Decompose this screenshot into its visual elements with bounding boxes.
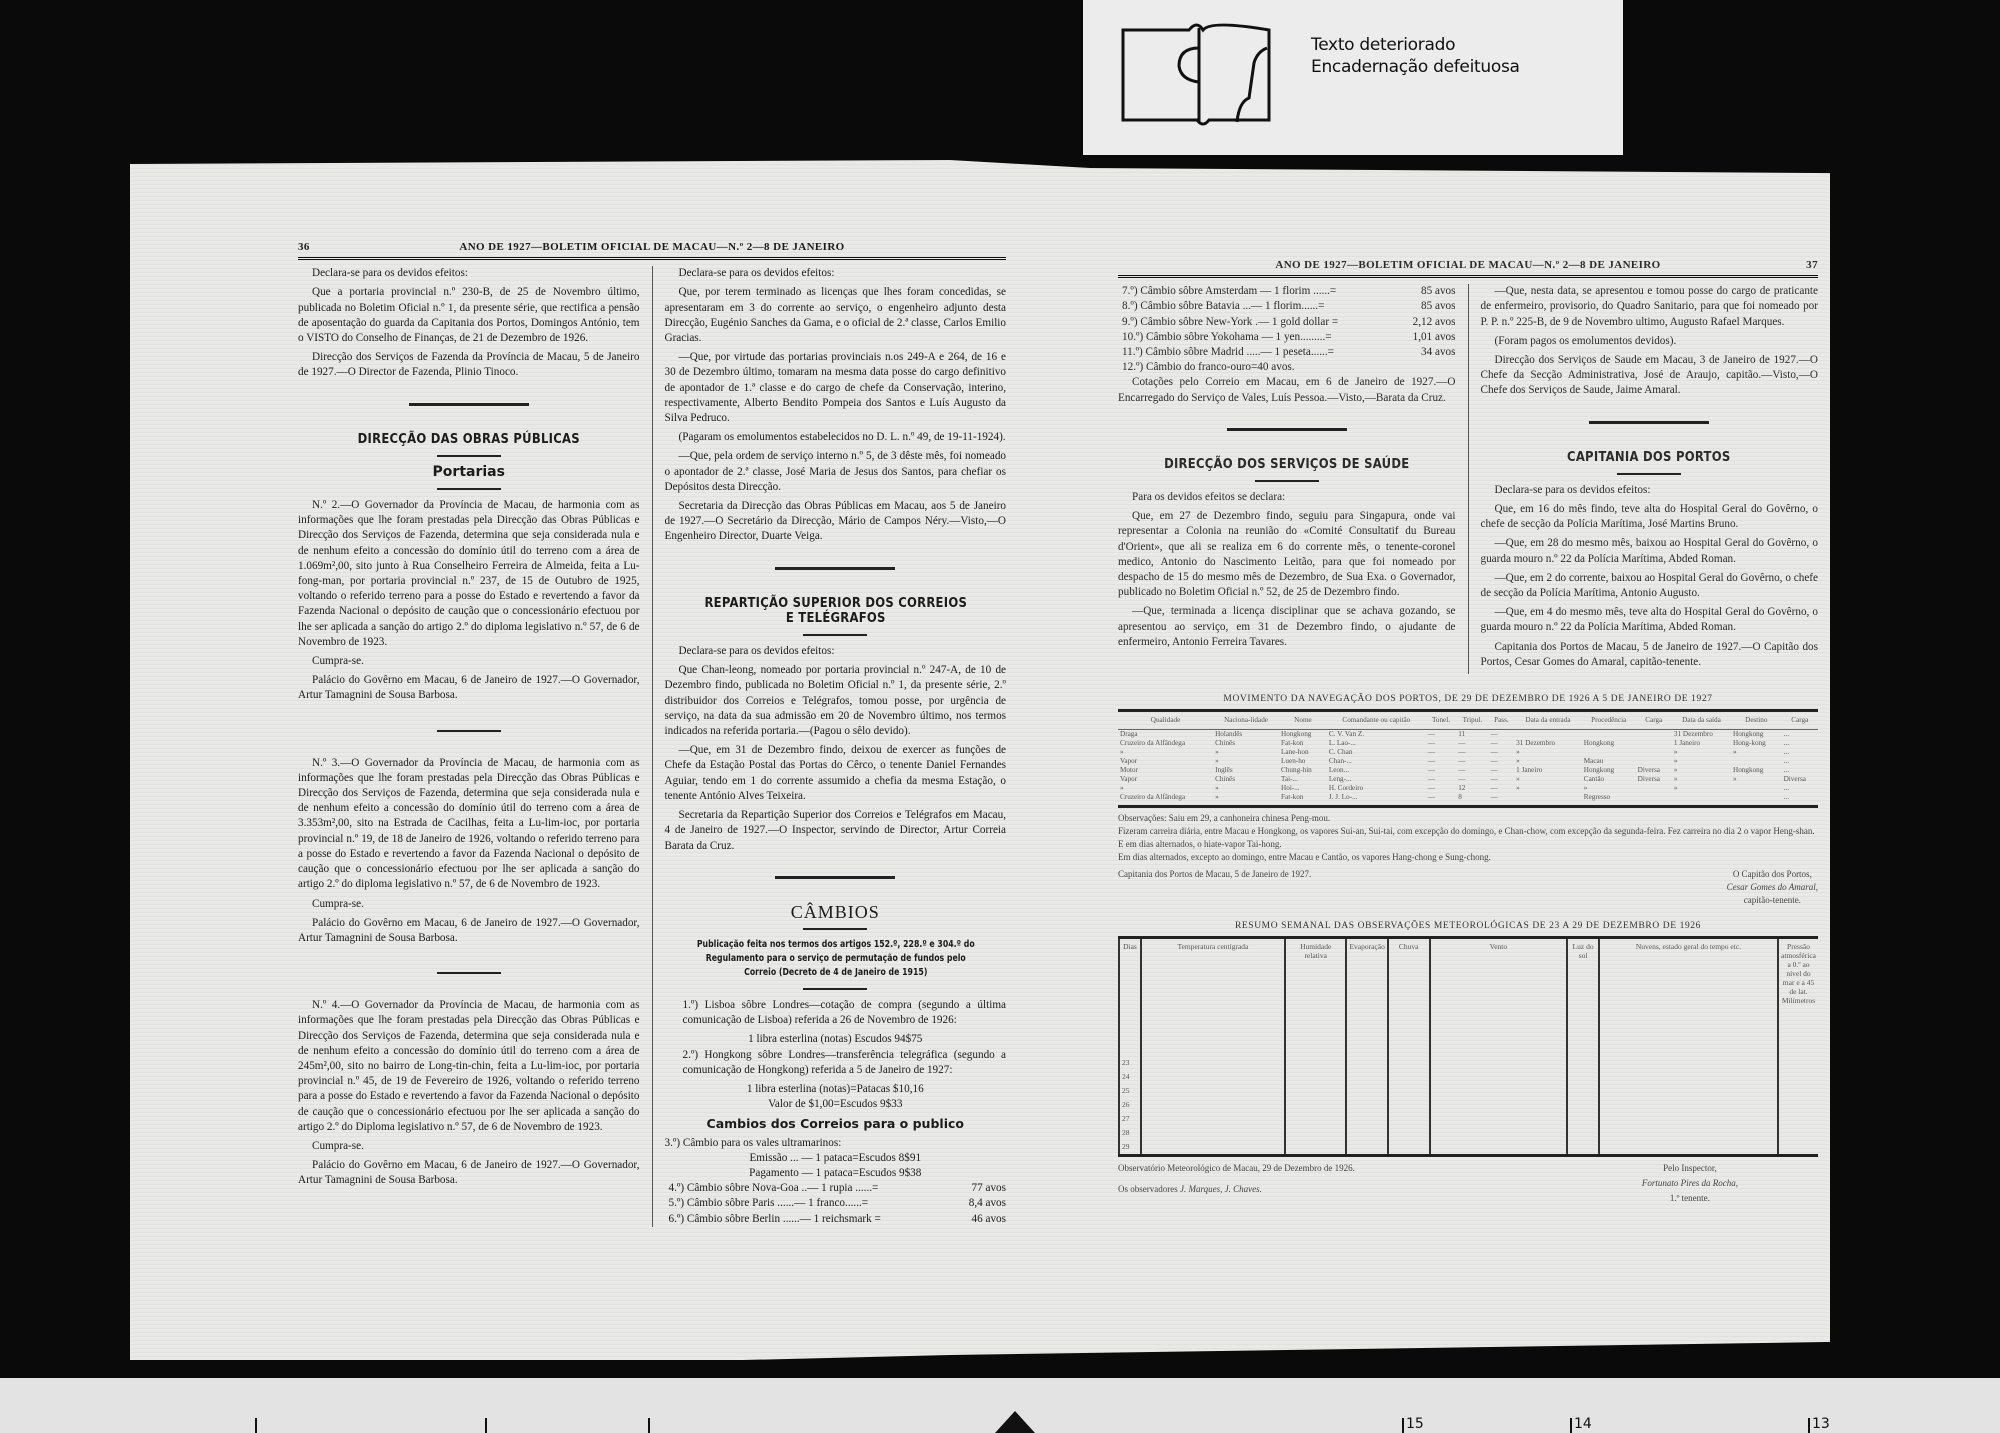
left-column-1: Declara-se para os devidos efeitos: Que … [298,266,640,1227]
fazenda-paragraph: Que a portaria provincial n.º 230-B, de … [298,285,640,346]
navigation-observations: Observações: Saiu em 29, a canhoneira ch… [1118,812,1818,907]
section-title-obras: DIRECÇÃO DAS OBRAS PÚBLICAS [322,432,616,447]
cumpra-se: Cumpra-se. [298,654,640,669]
running-header: ANO DE 1927—BOLETIM OFICIAL DE MACAU—N.º… [1118,258,1818,278]
cambio-emissao: Emissão ... — 1 pataca=Escudos 8$91 [665,1151,1007,1166]
subsection-title-portarias: Portarias [298,465,640,480]
center-marker-icon [995,1411,1035,1433]
section-divider [1589,421,1709,424]
cambio-item-2-value-2: Valor de $1,00=Escudos 9$33 [665,1097,1007,1112]
notice-line-2: Encadernação defeituosa [1311,56,1520,78]
section-divider [775,567,895,570]
table-row: »»Hoi-...H. Cordeiro—12—»»»... [1118,784,1818,793]
palacio-signature: Palácio do Govêrno em Macau, 6 de Janeir… [298,916,640,946]
cambio-item-2: 2.º) Hongkong sôbre Londres—transferênci… [665,1048,1007,1078]
rate-row: 11.º) Câmbio sôbre Madrid .....— 1 peset… [1118,345,1456,360]
correios-paragraph-2: —Que, em 31 de Dezembro findo, deixou de… [665,743,1007,804]
obras-intro: Declara-se para os devidos efeitos: [665,266,1007,281]
obras-paragraph-4: —Que, pela ordem de serviço interno n.º … [665,449,1007,495]
obras-signature: Secretaria da Direcção das Obras Pública… [665,499,1007,545]
navigation-sign-place: Capitania dos Portos de Macau, 5 de Jane… [1118,868,1311,907]
meteorology-footer: Observatório Meteorológico de Macau, 29 … [1118,1161,1818,1207]
rate-row: 10.º) Câmbio sôbre Yokohama — 1 yen.....… [1118,330,1456,345]
section-title-correios: REPARTIÇÃO SUPERIOR DOS CORREIOS [688,596,982,611]
page-number: 36 [298,240,328,255]
table-row: 25 [1119,1084,1818,1098]
table-row: 23 [1119,1056,1818,1070]
cumpra-se: Cumpra-se. [298,1139,640,1154]
section-divider [775,876,895,879]
portaria-2: N.º 2.—O Governador da Província de Maca… [298,498,640,650]
saude-paragraph-4: (Foram pagos os emolumentos devidos). [1480,334,1818,349]
ruler-tick [255,1418,257,1433]
portaria-4: N.º 4.—O Governador da Província de Maca… [298,998,640,1135]
saude-intro: Para os devidos efeitos se declara: [1118,490,1456,505]
capitania-intro: Declara-se para os devidos efeitos: [1480,483,1818,498]
obras-paragraph-1: Que, por terem terminado as licenças que… [665,285,1007,346]
capitania-paragraph-4: —Que, em 4 do mesmo mês, teve alta do Ho… [1480,605,1818,635]
obras-paragraph-3: (Pagaram os emolumentos estabelecidos no… [665,430,1007,445]
ruler-tick [1570,1418,1572,1433]
rate-row: 4.º) Câmbio sôbre Nova-Goa ..— 1 rupia .… [665,1181,1007,1196]
cumpra-se: Cumpra-se. [298,897,640,912]
capitania-paragraph-2: —Que, em 28 do mesmo mês, baixou ao Hosp… [1480,536,1818,566]
rate-row: 9.º) Câmbio sôbre New-York .— 1 gold dol… [1118,315,1456,330]
column-separator [652,266,653,1227]
table-row: Vapor»Luen-hoChan-...———»Macau»... [1118,757,1818,766]
meteorology-table-title: RESUMO SEMANAL DAS OBSERVAÇÕES METEOROLÓ… [1118,919,1818,934]
cambio-item-3: 3.º) Câmbio para os vales ultramarinos: [665,1136,1007,1151]
table-row: Cruzeiro da Alfândega»Fat-konJ. J. Lo-..… [1118,793,1818,807]
fazenda-signature: Direcção dos Serviços de Fazenda da Prov… [298,350,640,380]
right-column-1: 7.º) Câmbio sôbre Amsterdam — 1 florim .… [1118,284,1456,674]
palacio-signature: Palácio do Govêrno em Macau, 6 de Janeir… [298,673,640,703]
column-separator [1468,284,1469,674]
rate-row: 7.º) Câmbio sôbre Amsterdam — 1 florim .… [1118,284,1456,299]
notice-line-1: Texto deteriorado [1311,34,1520,56]
damaged-book-icon [1119,18,1274,126]
capitania-signature: Capitania dos Portos de Macau, 5 de Jane… [1480,640,1818,670]
correios-signature: Secretaria da Repartição Superior dos Co… [665,808,1007,854]
ruler-tick [1808,1418,1810,1433]
saude-paragraph-1: Que, em 27 de Dezembro findo, seguiu par… [1118,509,1456,600]
cambio-item-1: 1.º) Lisboa sôbre Londres—cotação de com… [665,998,1007,1028]
table-row: 24 [1119,1070,1818,1084]
divider [437,455,501,457]
cambio-item-12: 12.º) Câmbio do franco-ouro=40 avos. [1118,360,1456,375]
cambio-item-2-value-1: 1 libra esterlina (notas)=Patacas $10,16 [665,1082,1007,1097]
table-row: MotorInglêsChung-hinLeon...———1 JaneiroH… [1118,766,1818,775]
table-row: 27 [1119,1112,1818,1126]
section-title-correios-2: E TELÉGRAFOS [688,611,982,626]
section-divider [1227,428,1347,431]
divider [803,988,867,990]
section-divider [409,403,529,406]
table-row: 28 [1119,1126,1818,1140]
cambio-pagamento: Pagamento — 1 pataca=Escudos 9$38 [665,1166,1007,1181]
ruler-tick [485,1418,487,1433]
meteorology-table: Dias Temperatura centígrada Humidade rel… [1118,936,1818,1157]
navigation-table: Qualidade Naciona-lidade Nome Comandante… [1118,709,1818,808]
obras-paragraph-2: —Que, por virtude das portarias provinci… [665,350,1007,426]
section-title-saude: DIRECÇÃO DOS SERVIÇOS DE SAÚDE [1142,457,1432,472]
divider [437,488,501,490]
right-page: ANO DE 1927—BOLETIM OFICIAL DE MACAU—N.º… [1118,258,1818,1207]
portaria-3: N.º 3.—O Governador da Província de Maca… [298,756,640,893]
rate-row: 8.º) Câmbio sôbre Batavia ...— 1 florim.… [1118,299,1456,314]
cotacoes-signature: Cotações pelo Correio em Macau, em 6 de … [1118,375,1456,405]
table-row: DragaHolandêsHongkongC. V. Van Z.—11—31 … [1118,730,1818,740]
capitania-paragraph-3: —Que, em 2 do corrente, baixou ao Hospit… [1480,571,1818,601]
saude-paragraph-3: —Que, nesta data, se apresentou e tomou … [1480,284,1818,330]
saude-signature: Direcção dos Serviços de Saude em Macau,… [1480,353,1818,399]
section-title-capitania: CAPITANIA DOS PORTOS [1504,450,1794,465]
saude-paragraph-2: —Que, terminada a licença disciplinar qu… [1118,604,1456,650]
capitania-paragraph-1: Que, em 16 do mês findo, teve alta do Ho… [1480,502,1818,532]
left-column-2: Declara-se para os devidos efeitos: Que,… [665,266,1007,1227]
page-number: 37 [1788,258,1818,273]
table-row: 26 [1119,1098,1818,1112]
cambios-publico-title: Cambios dos Correios para o publico [665,1116,1007,1131]
ruler-tick [1402,1418,1404,1433]
divider [803,928,867,930]
divider [437,730,501,732]
correios-paragraph-1: Que Chan-leong, nomeado por portaria pro… [665,663,1007,739]
section-title-cambios: CÂMBIOS [665,905,1007,920]
table-row: »»Lane-honC. Chan———»»»... [1118,748,1818,757]
correios-intro: Declara-se para os devidos efeitos: [665,644,1007,659]
left-page: 36 ANO DE 1927—BOLETIM OFICIAL DE MACAU—… [298,240,1006,1227]
divider [1617,473,1681,475]
deterioration-notice: Texto deteriorado Encadernação defeituos… [1083,0,1623,155]
ruler-tick [648,1418,650,1433]
header-title: ANO DE 1927—BOLETIM OFICIAL DE MACAU—N.º… [1275,258,1660,273]
fazenda-intro: Declara-se para os devidos efeitos: [298,266,640,281]
palacio-signature: Palácio do Govêrno em Macau, 6 de Janeir… [298,1158,640,1188]
cambio-item-1-value: 1 libra esterlina (notas) Escudos 94$75 [665,1032,1007,1047]
rate-row: 6.º) Câmbio sôbre Berlin ......— 1 reich… [665,1212,1007,1227]
divider [437,972,501,974]
right-column-2: —Que, nesta data, se apresentou e tomou … [1480,284,1818,674]
divider [1255,480,1319,482]
running-header: 36 ANO DE 1927—BOLETIM OFICIAL DE MACAU—… [298,240,1006,260]
table-row: 29 [1119,1140,1818,1156]
navigation-table-title: MOVIMENTO DA NAVEGAÇÃO DOS PORTOS, DE 29… [1118,692,1818,707]
divider [803,634,867,636]
table-row: VaporChinêsTai-...Leng-...———»CantãoDive… [1118,775,1818,784]
header-title: ANO DE 1927—BOLETIM OFICIAL DE MACAU—N.º… [459,240,844,255]
rate-row: 5.º) Câmbio sôbre Paris ......— 1 franco… [665,1196,1007,1211]
cambios-publication-note: Publicação feita nos termos dos artigos … [695,938,975,980]
table-row: Cruzeiro da AlfândegaChinêsFat-konL. Lao… [1118,739,1818,748]
